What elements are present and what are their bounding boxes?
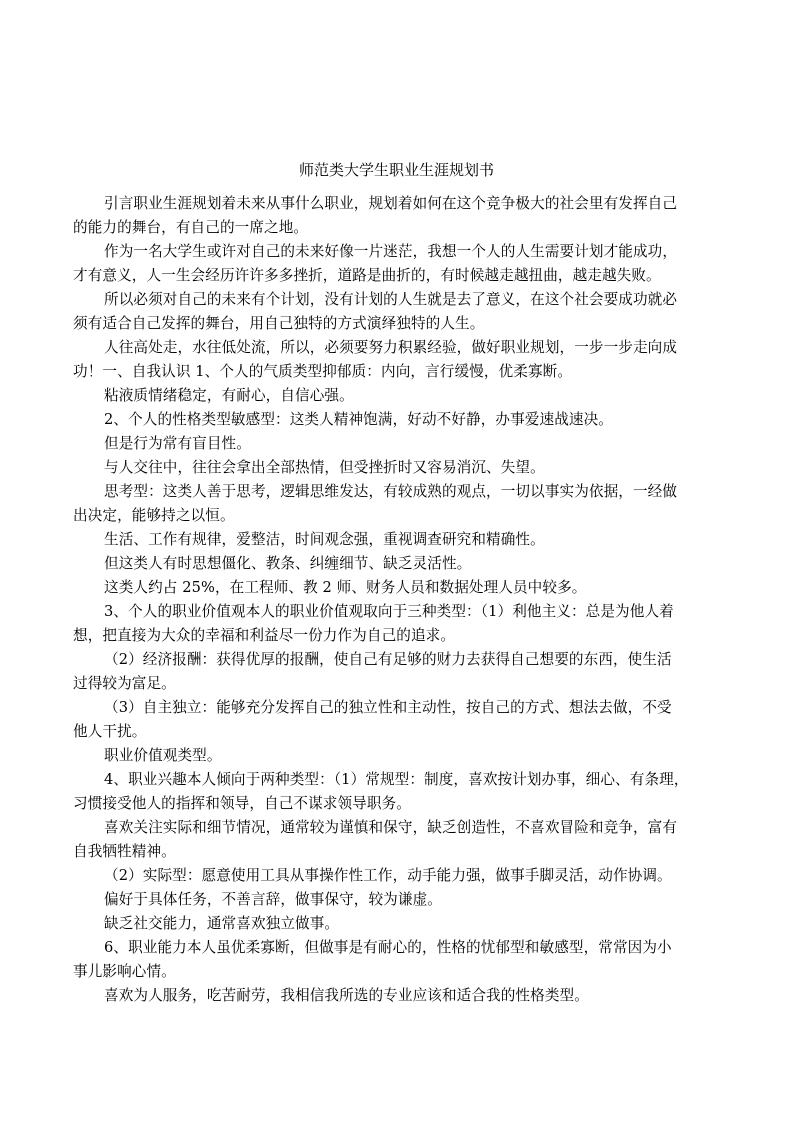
document-title: 师范类大学生职业生涯规划书 <box>0 160 793 180</box>
paragraph-line: 喜欢关注实际和细节情况，通常较为谨慎和保守，缺乏创造性，不喜欢冒险和竞争，富有 <box>73 816 723 840</box>
paragraph-line: 人往高处走，水往低处流，所以，必须要努力积累经验，做好职业规划，一步一步走向成 <box>73 336 723 360</box>
paragraph-line: 但是行为常有盲目性。 <box>73 432 723 456</box>
paragraph-line: 出决定，能够持之以恒。 <box>73 504 723 528</box>
paragraph-line: 但这类人有时思想僵化、教条、纠缠细节、缺乏灵活性。 <box>73 552 723 576</box>
paragraph-line: 过得较为富足。 <box>73 672 723 696</box>
paragraph-line: 职业价值观类型。 <box>73 744 723 768</box>
paragraph-line: 缺乏社交能力，通常喜欢独立做事。 <box>73 912 723 936</box>
paragraph-line: 所以必须对自己的未来有个计划，没有计划的人生就是去了意义，在这个社会要成功就必 <box>73 288 723 312</box>
paragraph-line: 3、个人的职业价值观本人的职业价值观取向于三种类型：（1）利他主义：总是为他人着 <box>73 600 723 624</box>
paragraph-line: 2、个人的性格类型敏感型：这类人精神饱满，好动不好静，办事爱速战速决。 <box>73 408 723 432</box>
paragraph-line: 6、职业能力本人虽优柔寡断，但做事是有耐心的，性格的忧郁型和敏感型，常常因为小 <box>73 936 723 960</box>
paragraph-line: 这类人约占 25%，在工程师、教 2 师、财务人员和数据处理人员中较多。 <box>73 576 723 600</box>
paragraph-line: 喜欢为人服务，吃苦耐劳，我相信我所选的专业应该和适合我的性格类型。 <box>73 984 723 1008</box>
paragraph-line: 作为一名大学生或许对自己的未来好像一片迷茫，我想一个人的人生需要计划才能成功， <box>73 240 723 264</box>
paragraph-line: 4、职业兴趣本人倾向于两种类型：（1）常规型：制度，喜欢按计划办事，细心、有条理… <box>73 768 723 792</box>
paragraph-line: 的能力的舞台，有自己的一席之地。 <box>73 216 723 240</box>
document-body: 引言职业生涯规划着未来从事什么职业，规划着如何在这个竞争极大的社会里有发挥自己的… <box>73 192 723 1008</box>
paragraph-line: 偏好于具体任务，不善言辞，做事保守，较为谦虚。 <box>73 888 723 912</box>
paragraph-line: 事儿影响心情。 <box>73 960 723 984</box>
paragraph-line: （3）自主独立：能够充分发挥自己的独立性和主动性，按自己的方式、想法去做，不受 <box>73 696 723 720</box>
paragraph-line: 他人干扰。 <box>73 720 723 744</box>
paragraph-line: 想，把直接为大众的幸福和利益尽一份力作为自己的追求。 <box>73 624 723 648</box>
paragraph-line: （2）实际型：愿意使用工具从事操作性工作，动手能力强，做事手脚灵活，动作协调。 <box>73 864 723 888</box>
paragraph-line: 思考型：这类人善于思考，逻辑思维发达，有较成熟的观点，一切以事实为依据，一经做 <box>73 480 723 504</box>
paragraph-line: 引言职业生涯规划着未来从事什么职业，规划着如何在这个竞争极大的社会里有发挥自己 <box>73 192 723 216</box>
paragraph-line: 习惯接受他人的指挥和领导，自己不谋求领导职务。 <box>73 792 723 816</box>
paragraph-line: 生活、工作有规律，爱整洁，时间观念强，重视调查研究和精确性。 <box>73 528 723 552</box>
paragraph-line: 自我牺牲精神。 <box>73 840 723 864</box>
paragraph-line: 粘液质情绪稳定，有耐心，自信心强。 <box>73 384 723 408</box>
paragraph-line: 功！一、自我认识 1、个人的气质类型抑郁质：内向，言行缓慢，优柔寡断。 <box>73 360 723 384</box>
paragraph-line: 与人交往中，往往会拿出全部热情，但受挫折时又容易消沉、失望。 <box>73 456 723 480</box>
paragraph-line: （2）经济报酬：获得优厚的报酬，使自己有足够的财力去获得自己想要的东西，使生活 <box>73 648 723 672</box>
paragraph-line: 须有适合自己发挥的舞台，用自己独特的方式演绎独特的人生。 <box>73 312 723 336</box>
paragraph-line: 才有意义，人一生会经历许许多多挫折，道路是曲折的，有时候越走越扭曲，越走越失败。 <box>73 264 723 288</box>
